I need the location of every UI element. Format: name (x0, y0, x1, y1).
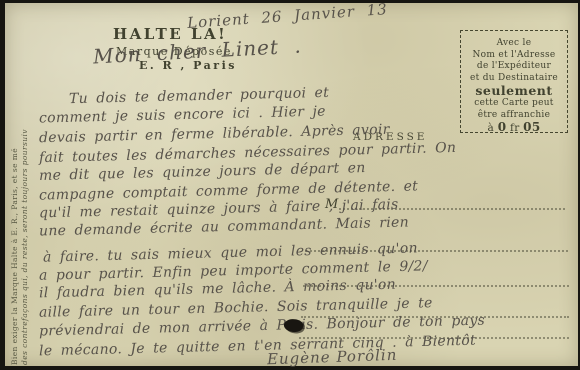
postcard-photo: HALTE LA! Marque Déposée E. R , Paris Bi… (0, 0, 580, 370)
edge-notice-outer: Bien exiger la Marque Halte à E. R., Par… (10, 148, 19, 365)
handwriting-line: comment je suis encore ici . Hier je (39, 103, 326, 126)
postcard-back: HALTE LA! Marque Déposée E. R , Paris Bi… (5, 3, 578, 366)
handwritten-dateline: Lorient 26 Janvier 13 (187, 0, 389, 32)
postage-line: être affranchie (461, 110, 567, 122)
postage-line: de l'Expéditeur (461, 61, 567, 73)
postage-emphasis: seulement (461, 84, 567, 98)
postage-line: cette Carte peut (461, 98, 567, 110)
price-zero: 0 (498, 120, 507, 134)
edge-notice-inner: des contrefaçons qui, du reste, seront t… (20, 129, 29, 365)
postage-line: Avec le (461, 38, 567, 50)
handwritten-signature: Eugène Porôlin (267, 346, 398, 369)
postage-instruction-box: Avec le Nom et l'Adresse de l'Expéditeur… (460, 30, 568, 133)
postage-price: à 0 fr 05 (461, 122, 567, 135)
postage-line: Nom et l'Adresse (461, 50, 567, 62)
price-prefix: à (488, 122, 495, 134)
price-cents: 05 (523, 120, 540, 134)
price-unit: fr (510, 122, 520, 134)
